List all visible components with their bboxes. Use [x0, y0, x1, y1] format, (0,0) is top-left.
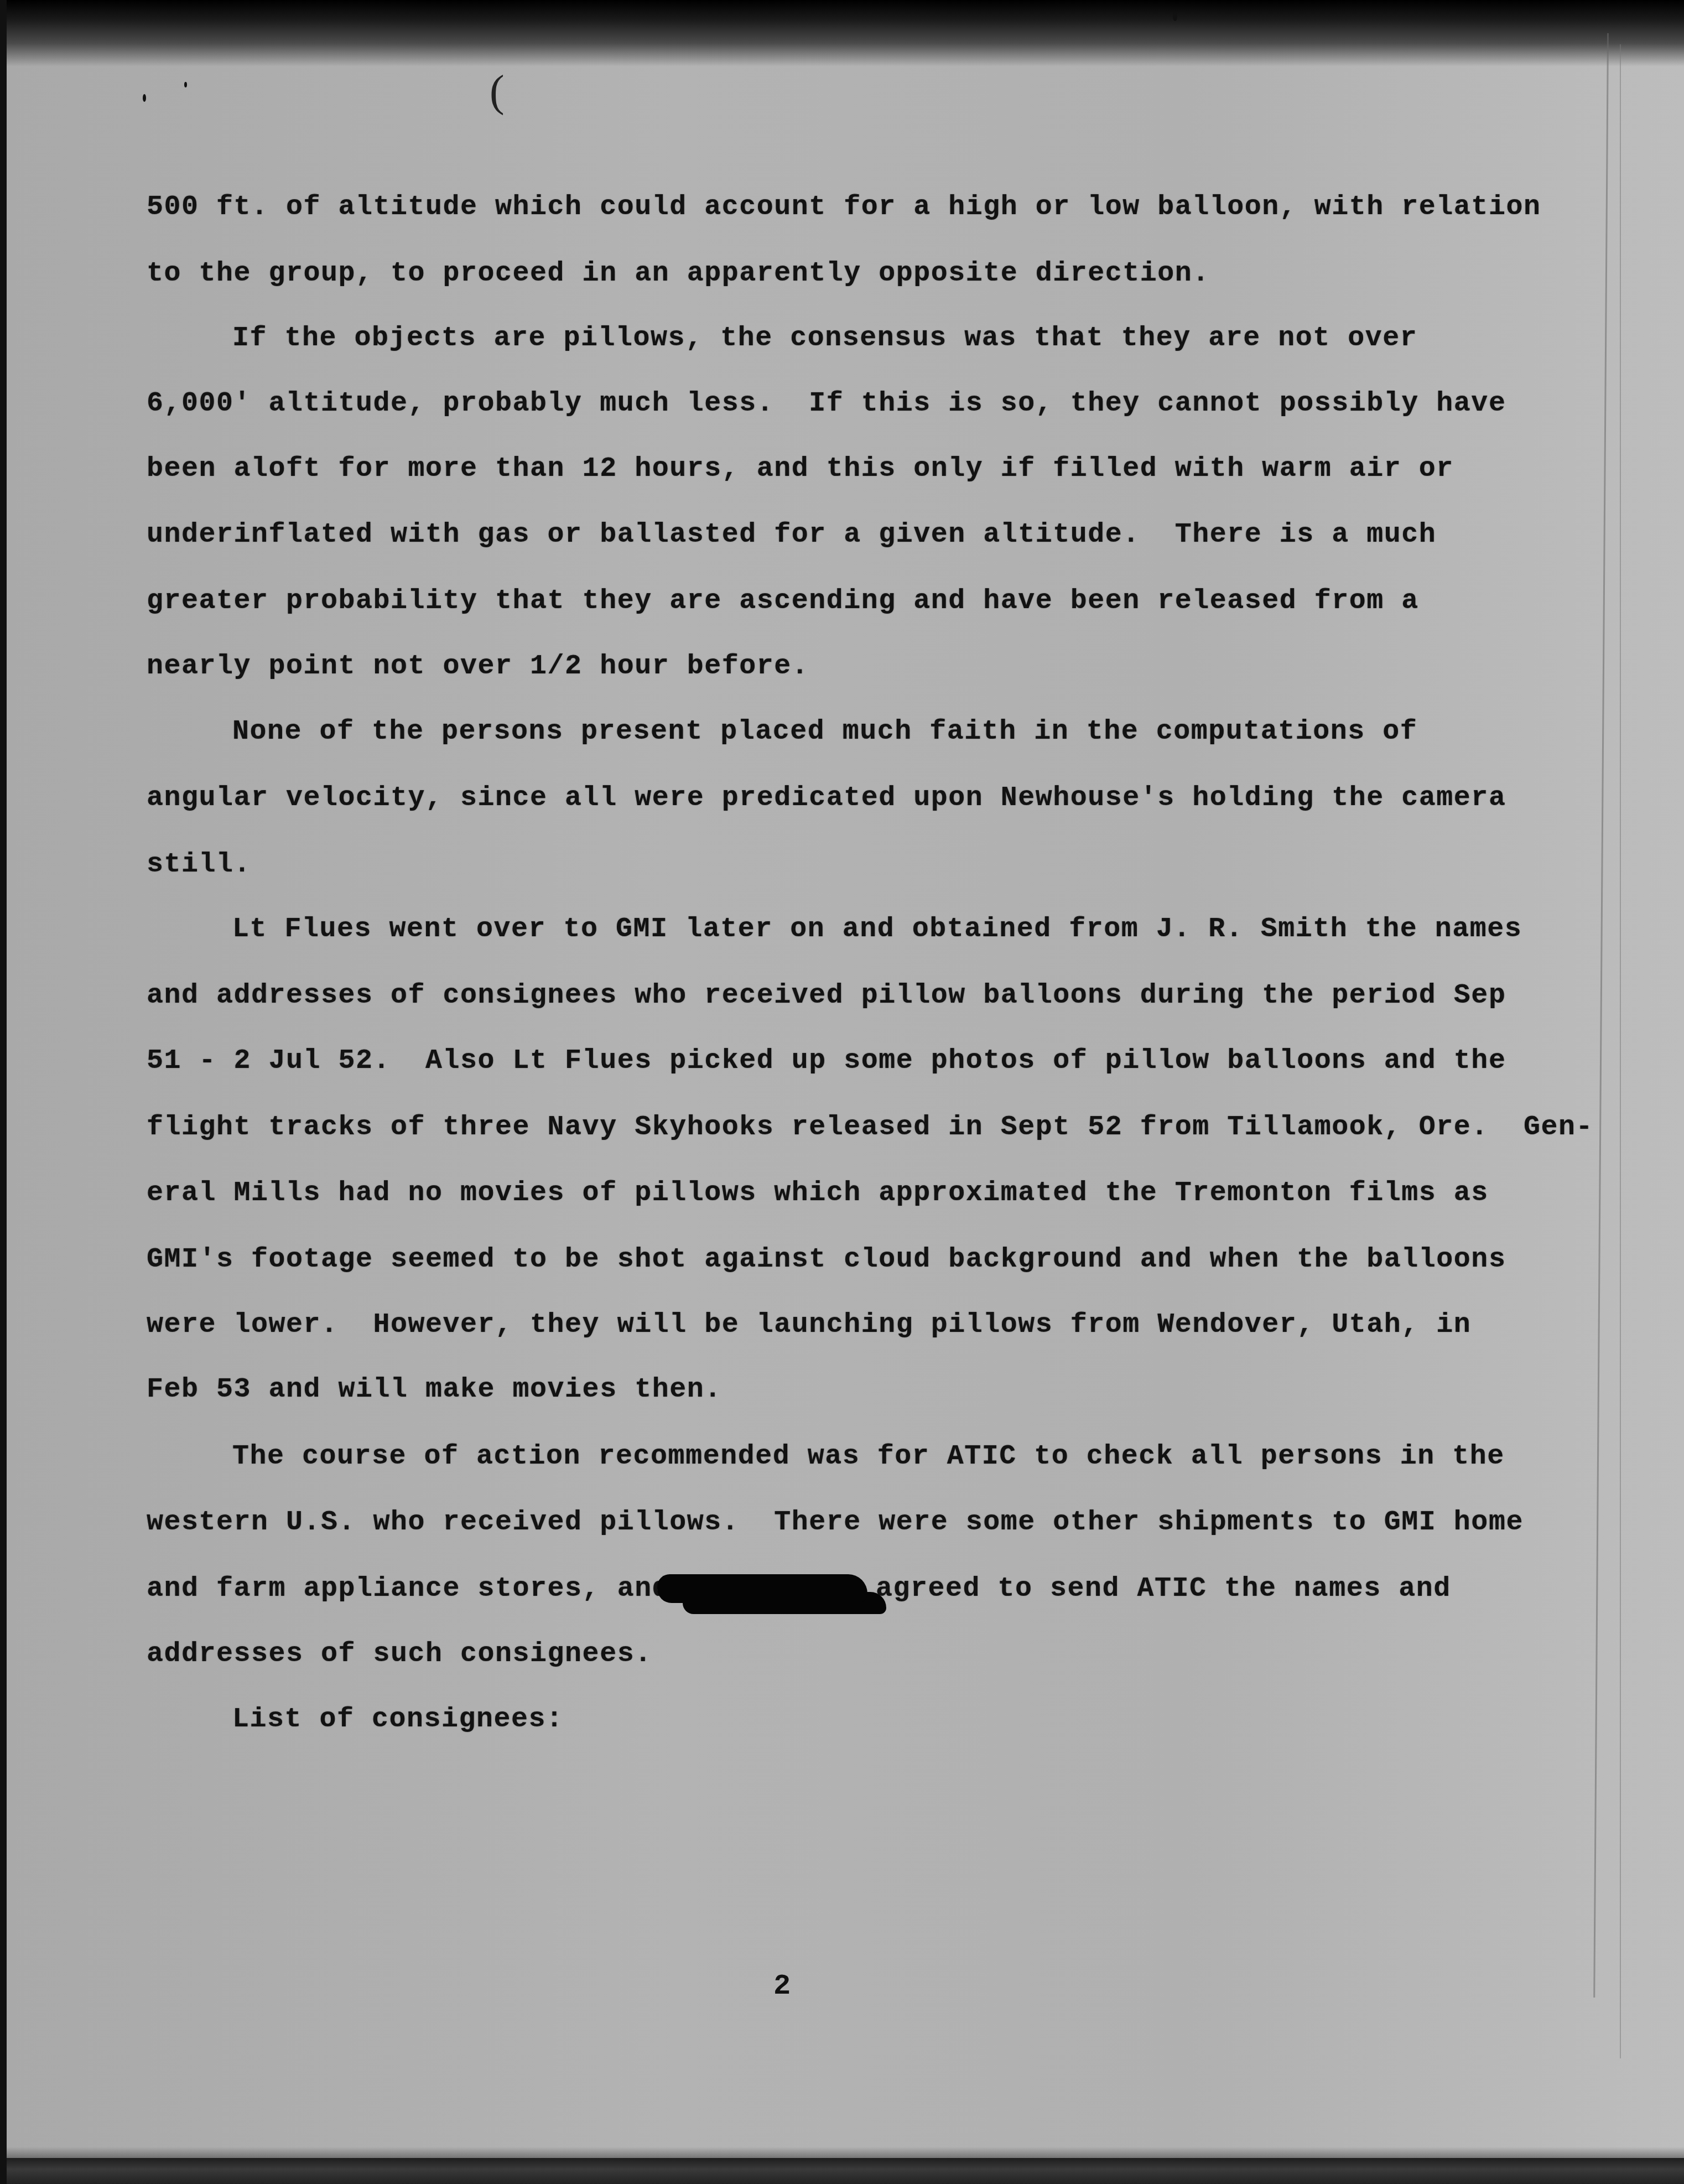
scan-artifact-paren: ( [490, 66, 505, 117]
punch-mark [1173, 12, 1177, 21]
text-line: still. [147, 848, 251, 881]
text-line: to the group, to proceed in an apparentl… [147, 257, 1210, 290]
text-line: angular velocity, since all were predica… [147, 782, 1506, 815]
speck-mark [184, 82, 187, 87]
text-line: and farm appliance stores, and [147, 1573, 669, 1606]
scan-top-shadow [0, 0, 1684, 66]
page-number: 2 [773, 1970, 791, 2003]
text-line: western U.S. who received pillows. There… [147, 1506, 1524, 1539]
scan-bottom-shadow [0, 2147, 1684, 2184]
text-line: been aloft for more than 12 hours, and t… [147, 453, 1454, 486]
text-line: and addresses of consignees who received… [147, 979, 1506, 1013]
redaction-mark [657, 1574, 867, 1603]
page-edge-line [1620, 44, 1621, 2058]
scan-left-edge [0, 0, 7, 2184]
text-line: GMI's footage seemed to be shot against … [147, 1243, 1506, 1277]
text-line: Feb 53 and will make movies then. [147, 1373, 722, 1407]
text-line: Lt Flues went over to GMI later on and o… [232, 913, 1522, 946]
text-line: were lower. However, they will be launch… [147, 1309, 1471, 1342]
list-heading: List of consignees: [232, 1703, 564, 1736]
text-line: None of the persons present placed much … [232, 715, 1417, 749]
text-line: greater probability that they are ascend… [147, 585, 1419, 618]
text-line: 500 ft. of altitude which could account … [147, 191, 1541, 224]
text-line: agreed to send ATIC the names and [876, 1573, 1451, 1606]
text-line: addresses of such consignees. [147, 1638, 652, 1671]
text-line: The course of action recommended was for… [232, 1440, 1505, 1474]
speck-mark [143, 94, 146, 102]
text-line: 51 - 2 Jul 52. Also Lt Flues picked up s… [147, 1045, 1506, 1078]
text-line: 6,000' altitude, probably much less. If … [147, 387, 1506, 421]
text-line: eral Mills had no movies of pillows whic… [147, 1177, 1489, 1210]
text-line: flight tracks of three Navy Skyhooks rel… [147, 1111, 1593, 1144]
text-line: If the objects are pillows, the consensu… [232, 322, 1417, 355]
text-line: nearly point not over 1/2 hour before. [147, 650, 809, 683]
text-line: underinflated with gas or ballasted for … [147, 518, 1436, 552]
